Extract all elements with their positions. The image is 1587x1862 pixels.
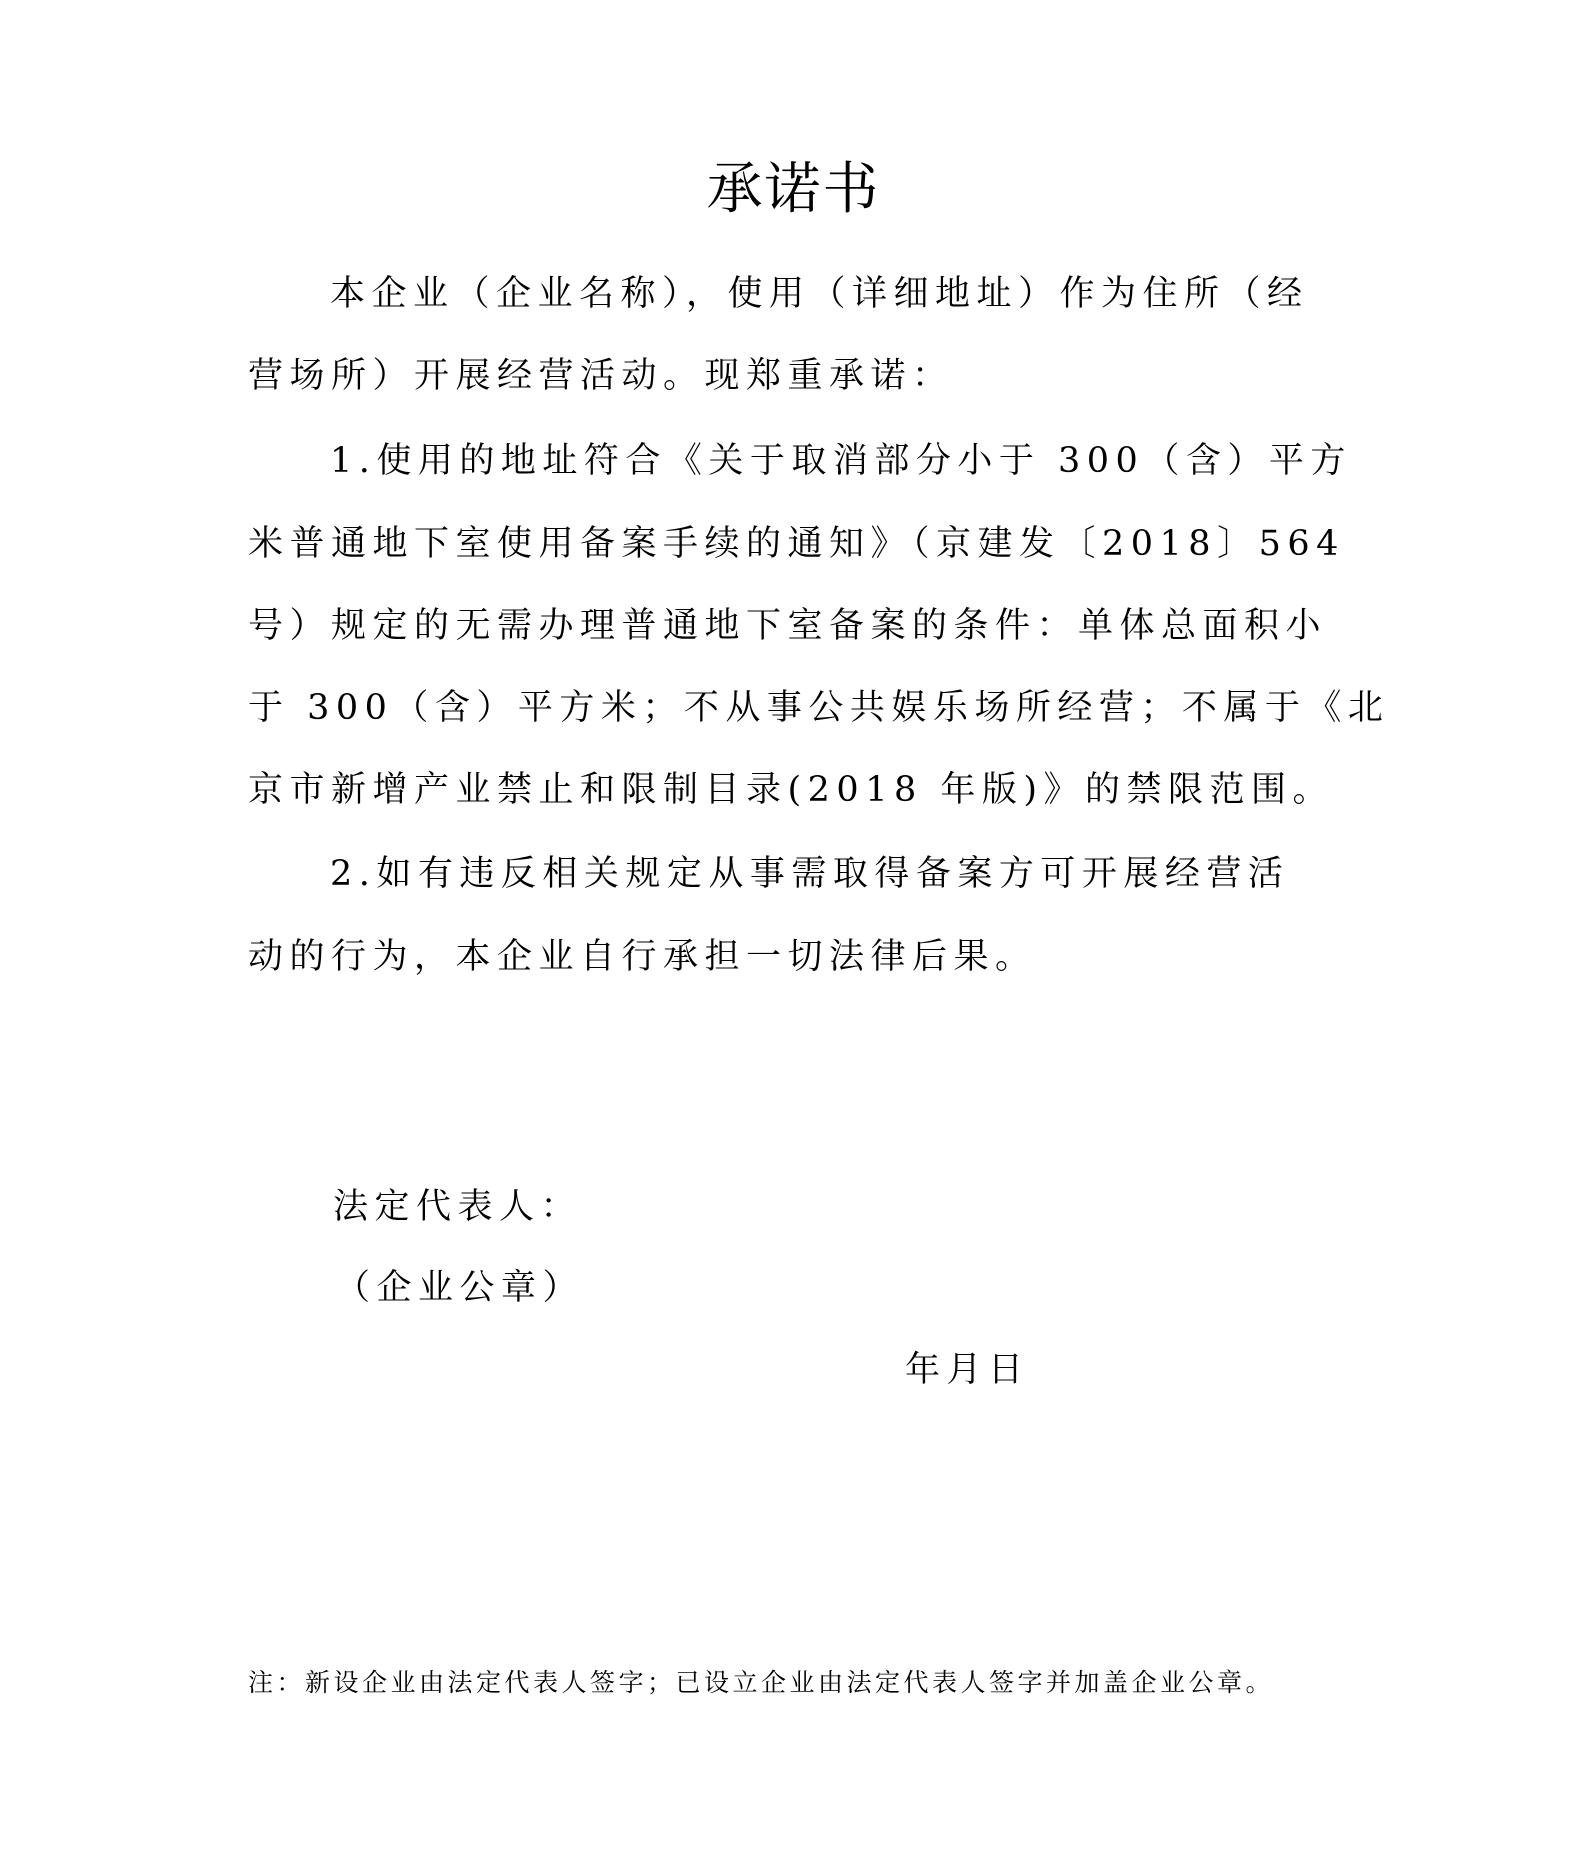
date-label: 年月日	[905, 1348, 1030, 1392]
footnote: 注：新设企业由法定代表人签字；已设立企业由法定代表人签字并加盖企业公章。	[248, 1665, 1274, 1701]
document-title: 承诺书	[0, 150, 1587, 230]
paragraph-2-line-5: 京市新增产业禁止和限制目录(2018 年版)》的禁限范围。	[248, 768, 1334, 812]
paragraph-3-line-2: 动的行为，本企业自行承担一切法律后果。	[248, 935, 1037, 979]
paragraph-1-line-2: 营场所）开展经营活动。现郑重承诺：	[248, 354, 954, 398]
legal-representative-label: 法定代表人：	[333, 1185, 582, 1229]
paragraph-2-line-1: 1.使用的地址符合《关于取消部分小于 300（含）平方	[330, 439, 1352, 483]
paragraph-3-line-1: 2.如有违反相关规定从事需取得备案方可开展经营活	[330, 852, 1289, 896]
company-seal-label: （企业公章）	[335, 1266, 584, 1310]
paragraph-2-line-3: 号）规定的无需办理普通地下室备案的条件：单体总面积小	[248, 604, 1327, 648]
paragraph-2-line-4: 于 300（含）平方米；不从事公共娱乐场所经营；不属于《北	[248, 686, 1389, 730]
document-page: 承诺书 本企业（企业名称），使用（详细地址）作为住所（经 营场所）开展经营活动。…	[0, 0, 1587, 1862]
paragraph-2-line-2: 米普通地下室使用备案手续的通知》（京建发〔2018〕564	[248, 522, 1345, 566]
paragraph-1-line-1: 本企业（企业名称），使用（详细地址）作为住所（经	[330, 272, 1309, 316]
